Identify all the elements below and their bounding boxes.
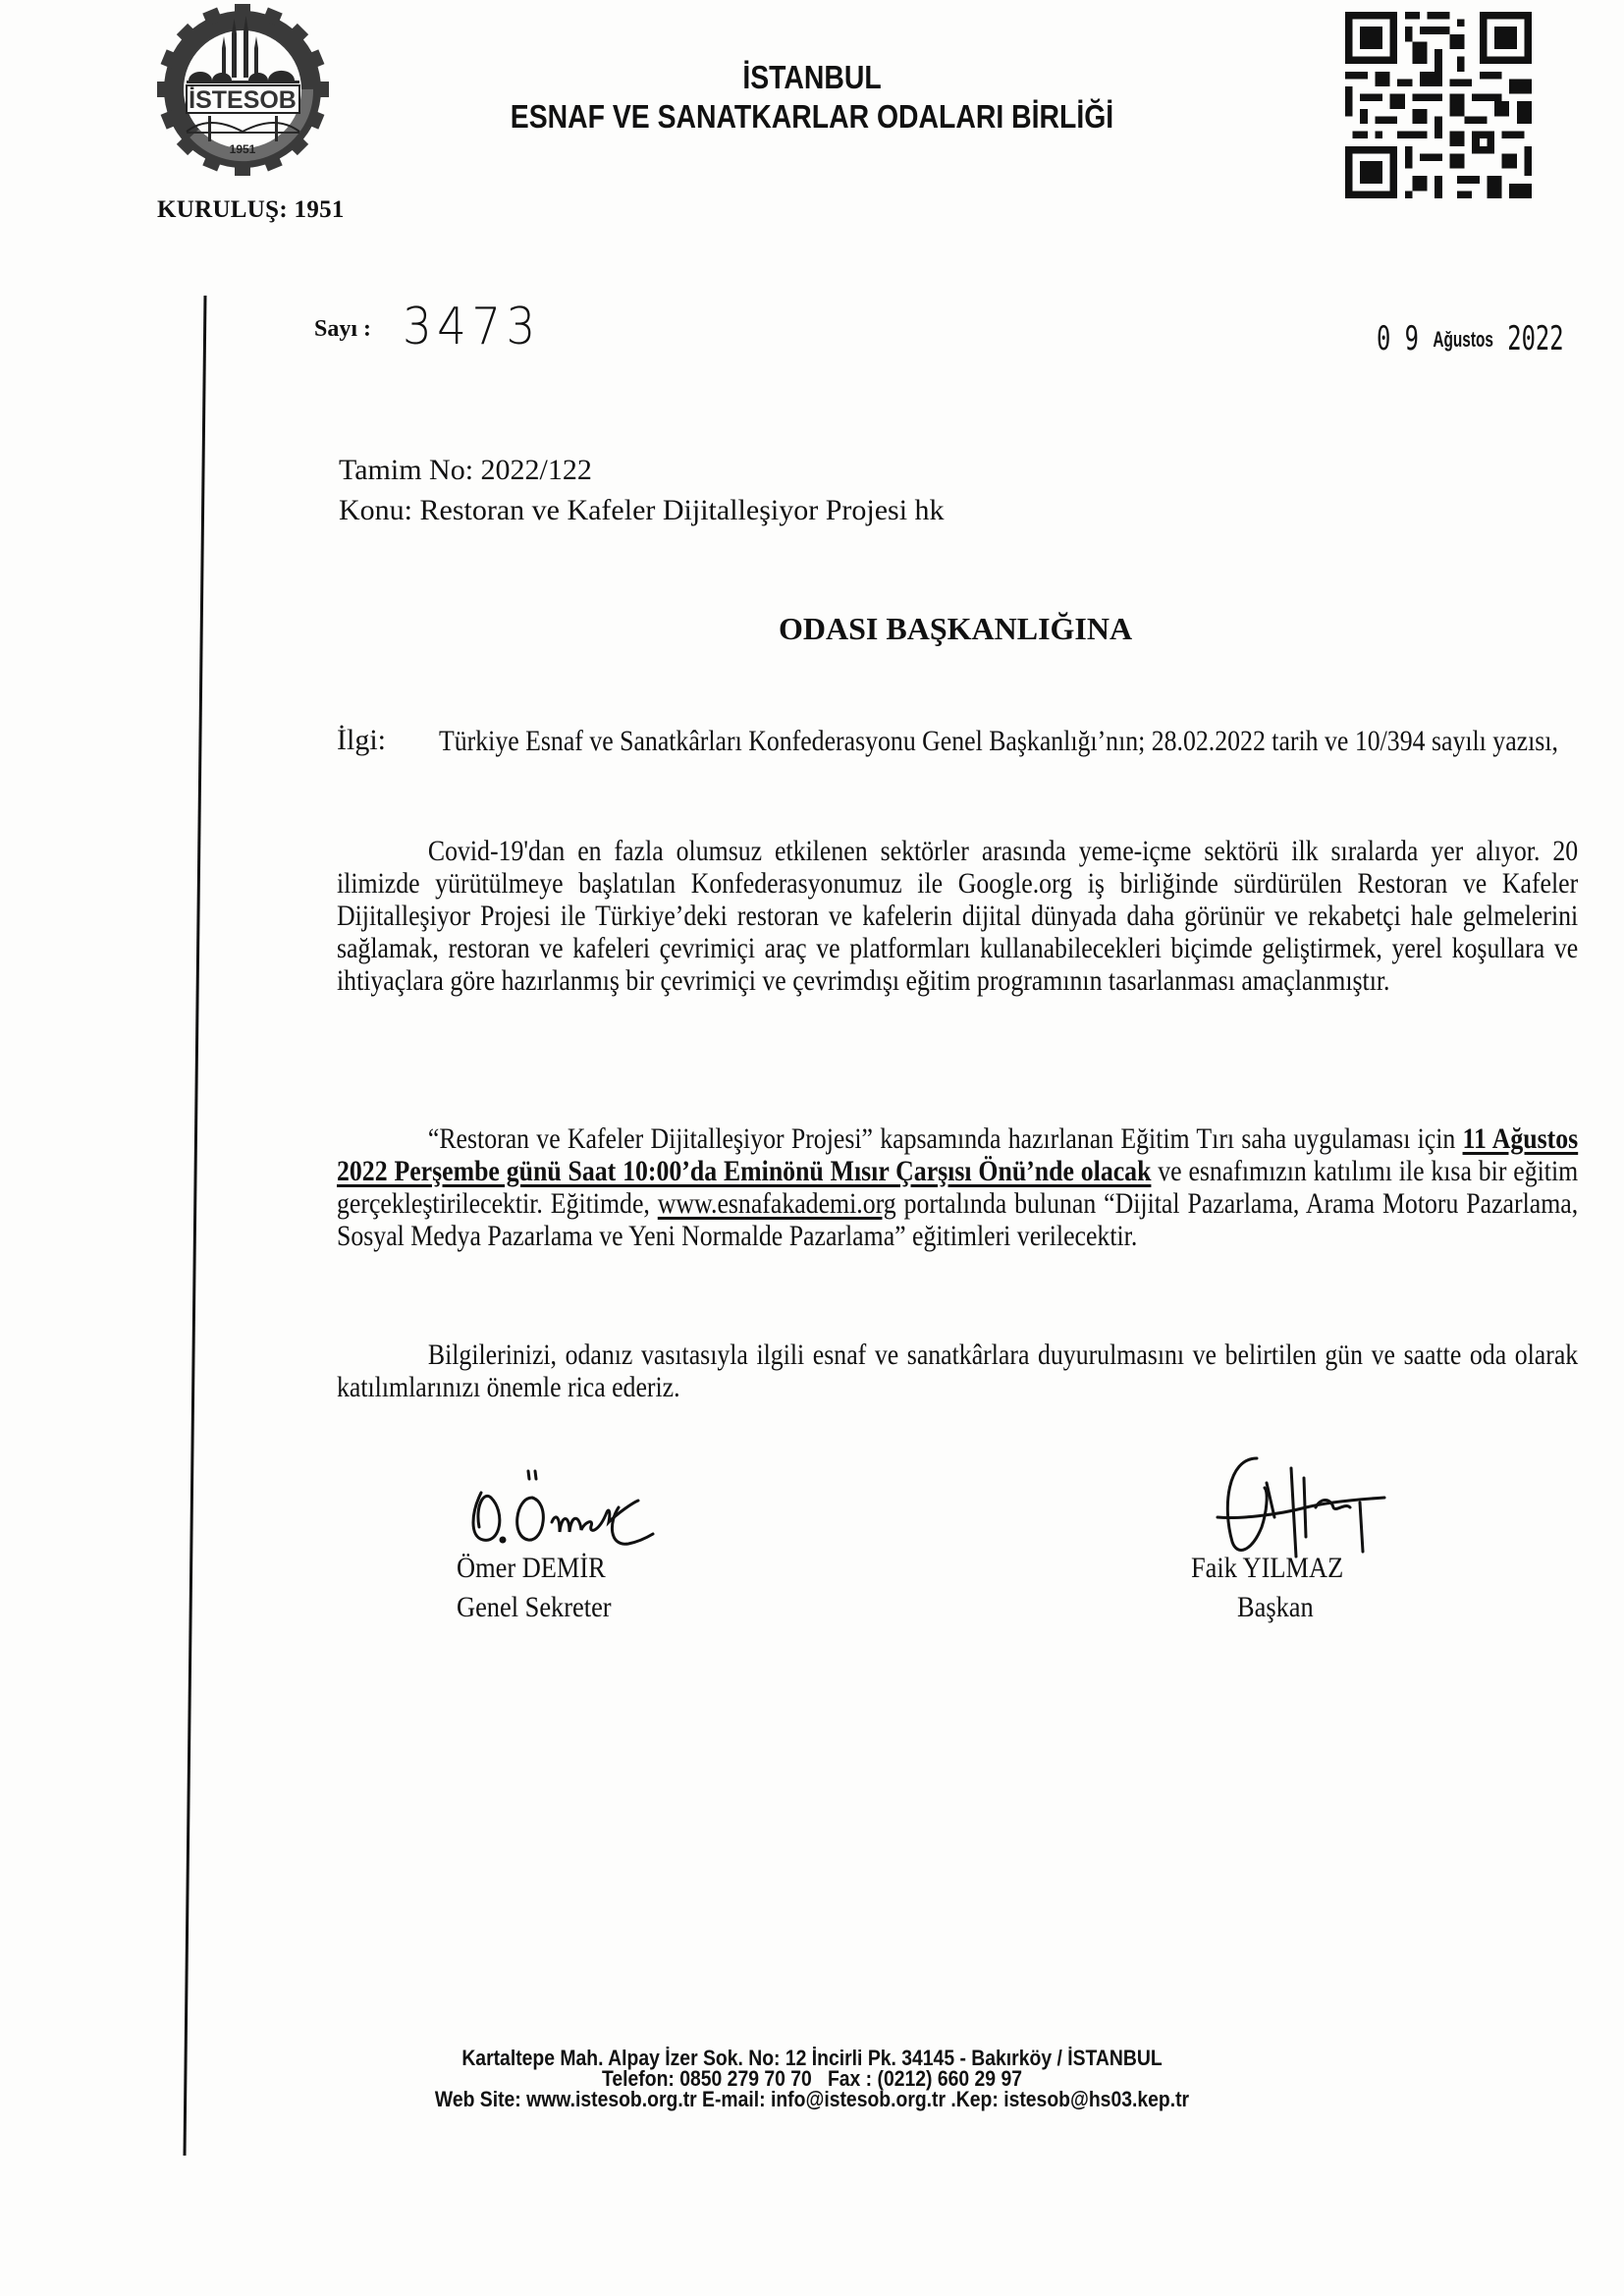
esnafakademi-link[interactable]: www.esnafakademi.org — [658, 1187, 896, 1220]
recipient-heading: ODASI BAŞKANLIĞINA — [779, 611, 1132, 647]
org-city: İSTANBUL — [114, 59, 1510, 96]
body-paragraph-1: Covid-19'dan en fazla olumsuz etkilenen … — [337, 835, 1578, 997]
circular-number: Tamim No: 2022/122 — [339, 454, 592, 487]
reference-number-label: Sayı : — [314, 316, 371, 343]
svg-text:1951: 1951 — [230, 142, 256, 156]
org-name: ESNAF VE SANATKARLAR ODALARI BİRLİĞİ — [114, 98, 1510, 136]
paragraph-2-intro: “Restoran ve Kafeler Dijitalleşiyor Proj… — [428, 1122, 1463, 1155]
signer-1-name: Ömer DEMİR — [457, 1552, 606, 1585]
body-paragraph-3: Bilgilerinizi, odanız vasıtasıyla ilgili… — [337, 1339, 1578, 1403]
reference-text: Türkiye Esnaf ve Sanatkârları Konfederas… — [439, 724, 1581, 759]
body-paragraph-3-text: Bilgilerinizi, odanız vasıtasıyla ilgili… — [337, 1339, 1578, 1403]
date-day: 0 9 — [1377, 319, 1419, 358]
footer-web-contact: Web Site: www.istesob.org.tr E-mail: inf… — [97, 2089, 1527, 2110]
founded-year: KURULUŞ: 1951 — [157, 196, 345, 224]
qr-code-icon[interactable] — [1345, 12, 1532, 198]
signer-1-title: Genel Sekreter — [457, 1591, 612, 1624]
signer-2-title: Başkan — [1237, 1591, 1314, 1624]
body-paragraph-1-text: Covid-19'dan en fazla olumsuz etkilenen … — [337, 835, 1578, 997]
date-year: 2022 — [1507, 319, 1563, 358]
document-date: 0 9 Ağustos 2022 — [1377, 319, 1564, 358]
date-month: Ağustos — [1433, 327, 1493, 352]
reference-label: İlgi: — [337, 724, 386, 757]
body-paragraph-2: “Restoran ve Kafeler Dijitalleşiyor Proj… — [337, 1122, 1578, 1252]
signer-2-name: Faik YILMAZ — [1191, 1552, 1343, 1585]
reference-number-value: 3473 — [403, 298, 541, 356]
signature-omer-demir — [461, 1453, 677, 1552]
signature-faik-yilmaz — [1198, 1449, 1394, 1561]
subject-line: Konu: Restoran ve Kafeler Dijitalleşiyor… — [339, 494, 945, 527]
